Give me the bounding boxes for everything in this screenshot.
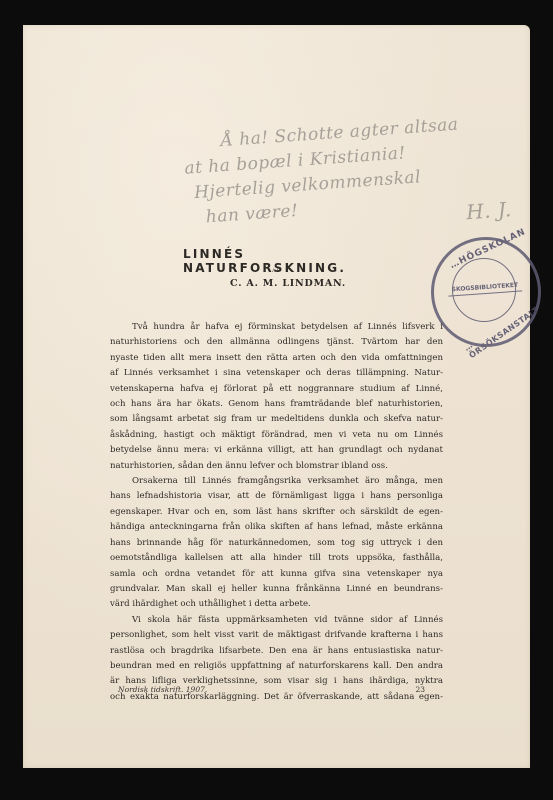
page-footer: Nordisk tidskrift. 1907. 23 xyxy=(110,685,425,694)
body-line: vetenskaperna hafva ej förlorat på ett n… xyxy=(110,382,443,397)
body-line: hans lefnadshistoria visar, att de förnä… xyxy=(110,489,443,504)
library-stamp: …HÖGSKOLAN SKOGSBIBLIOTEKET …ÖRSÖKSANSTA… xyxy=(431,237,541,347)
body-line: åskådning, hastigt och mäktigt förändrad… xyxy=(110,428,443,443)
body-line: betydelse ännu mera: vi erkänna villigt,… xyxy=(110,443,443,458)
article-author: C. A. M. LINDMAN. xyxy=(230,278,346,289)
body-line: Två hundra år hafva ej förminskat betyde… xyxy=(110,320,443,335)
journal-citation: Nordisk tidskrift. 1907. xyxy=(110,685,207,694)
handwritten-signature: H. J. xyxy=(465,197,512,225)
handwritten-note: Å ha! Schotte agter altsaa at ha bopæl i… xyxy=(170,108,536,233)
body-line: Orsakerna till Linnés framgångsrika verk… xyxy=(110,474,443,489)
body-line: nyaste tiden allt mera insett den rätta … xyxy=(110,351,443,366)
body-line: samla och ordna vetandet för att kunna g… xyxy=(110,567,443,582)
body-line: rastlösa och bragdrika lifsarbete. Den e… xyxy=(110,644,443,659)
body-line: naturhistorien, sådan den ännu lefver oc… xyxy=(110,459,443,474)
body-line: som långsamt arbetat sig fram ur medelti… xyxy=(110,412,443,427)
page-number: 23 xyxy=(415,685,425,694)
body-line: hans brinnande håg för naturkännedomen, … xyxy=(110,536,443,551)
body-line: af Linnés verksamhet i sina vetenskaper … xyxy=(110,366,443,381)
body-line: händiga anteckningarna från olika skifte… xyxy=(110,520,443,535)
body-line: oemotståndliga kallelsen att alla hinder… xyxy=(110,551,443,566)
article-body: Två hundra år hafva ej förminskat betyde… xyxy=(110,320,443,705)
body-line: egenskaper. Hvar och en, som läst hans s… xyxy=(110,505,443,520)
body-line: värd ihärdighet och uthållighet i detta … xyxy=(110,597,443,612)
byline-af: AF xyxy=(272,268,281,274)
body-line: grundvalar. Man skall ej heller kunna fr… xyxy=(110,582,443,597)
body-line: och hans ära har ökats. Genom hans framt… xyxy=(110,397,443,412)
body-line: beundran med en religiös uppfattning af … xyxy=(110,659,443,674)
body-line: personlighet, som helt visst varit de mä… xyxy=(110,628,443,643)
scanned-page: Å ha! Schotte agter altsaa at ha bopæl i… xyxy=(23,25,530,768)
body-line: Vi skola här fästa uppmärksamheten vid t… xyxy=(110,613,443,628)
body-line: naturhistoriens och den allmänna odlinge… xyxy=(110,335,443,350)
